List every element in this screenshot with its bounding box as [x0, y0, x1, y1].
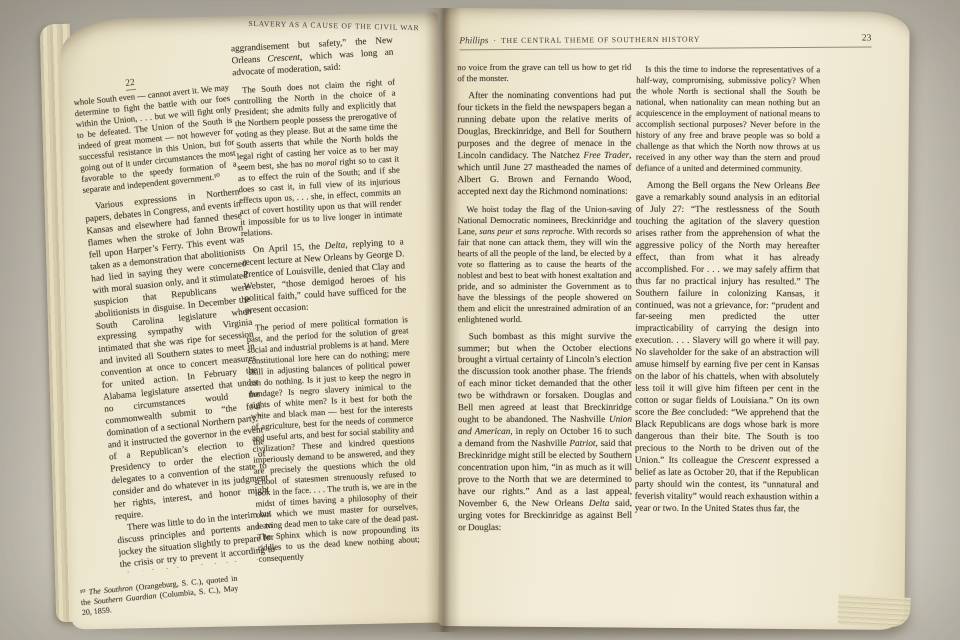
book-spine [425, 8, 461, 632]
left-page: 22 SLAVERY AS A CAUSE OF THE CIVIL WAR w… [60, 12, 450, 629]
block-quote: We hoist today the flag of the Union-sav… [458, 203, 632, 324]
footnote-area: ¹⁰ The Southron (Orangeburg, S. C.), quo… [79, 563, 240, 619]
block-quote: The South does not claim the right of co… [233, 76, 403, 239]
block-quote: no voice from the grave can tell us how … [457, 62, 631, 84]
running-head-right: Phillips · THE CENTRAL THEME OF SOUTHERN… [459, 33, 871, 50]
paragraph: aggrandisement but safety,” the New Orle… [231, 35, 395, 80]
block-quote: The period of mere political formation i… [246, 314, 421, 564]
left-page-column-2: aggrandisement but safety,” the New Orle… [231, 35, 421, 571]
right-page-column-1: no voice from the grave can tell us how … [457, 56, 632, 534]
page-edges-bottom-right [837, 594, 910, 628]
paragraph: Among the Bell organs the New Orleans Be… [635, 180, 820, 515]
right-page-column-2: Is this the time to indorse the represen… [635, 58, 821, 515]
paragraph: Such bombast as this might survive the s… [458, 330, 632, 534]
block-quote: whole South even — cannot avert it. We m… [73, 82, 238, 196]
running-head-separator: · [493, 36, 496, 45]
right-page: Phillips · THE CENTRAL THEME OF SOUTHERN… [438, 8, 909, 630]
footnote: ¹⁰ The Southron (Orangeburg, S. C.), quo… [80, 574, 240, 619]
paragraph: After the nominating conventions had put… [457, 90, 631, 198]
running-head-left: SLAVERY AS A CAUSE OF THE CIVIL WAR [248, 19, 450, 34]
page-number-right: 23 [862, 33, 872, 43]
running-head-author: Phillips [459, 36, 488, 46]
block-quote: Is this the time to indorse the represen… [636, 64, 820, 175]
book-photo: 22 SLAVERY AS A CAUSE OF THE CIVIL WAR w… [0, 0, 960, 640]
running-head-title: THE CENTRAL THEME OF SOUTHERN HISTORY [501, 35, 700, 45]
paragraph: On April 15, the Delta, replying to a re… [242, 236, 408, 316]
